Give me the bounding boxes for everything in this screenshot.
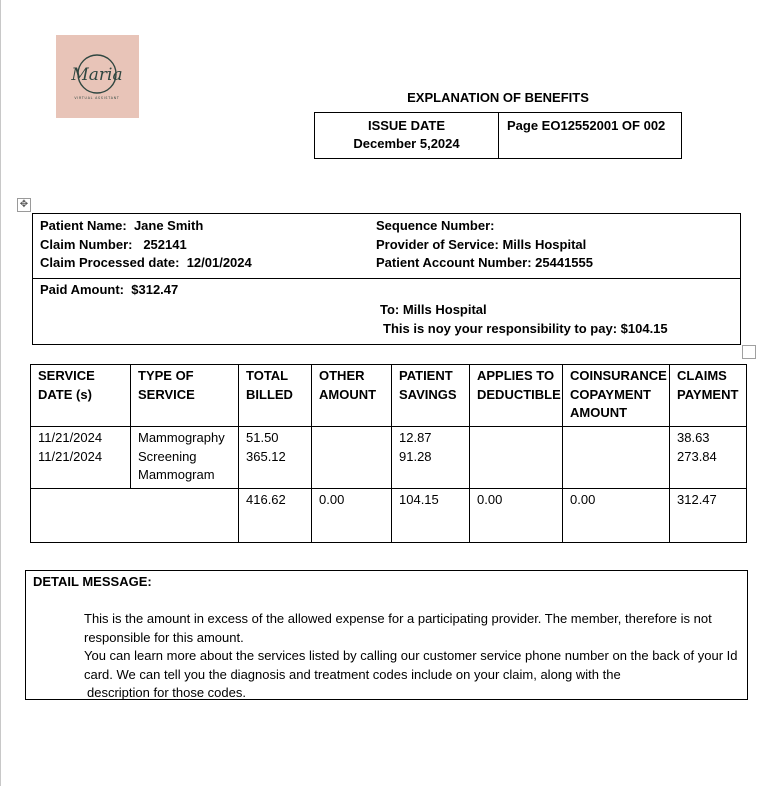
column-header: OTHERAMOUNT (312, 365, 392, 427)
table-move-handle-icon[interactable]: ✥ (17, 198, 31, 212)
detail-message-box: DETAIL MESSAGE: This is the amount in ex… (25, 570, 748, 700)
provider-name: Mills Hospital (502, 237, 586, 252)
issue-date-label: ISSUE DATE (315, 117, 498, 135)
document-title: EXPLANATION OF BENEFITS (314, 90, 682, 105)
total-applies-to-deductible: 0.00 (470, 489, 563, 543)
detail-paragraph-2-tail: description for those codes. (84, 684, 740, 703)
patient-name-line: Patient Name: Jane Smith (40, 217, 252, 236)
column-header: APPLIES TODEDUCTIBLE (470, 365, 563, 427)
claim-number-line: Claim Number: 252141 (40, 236, 252, 255)
total-claims-payment: 312.47 (670, 489, 747, 543)
column-header: CLAIMSPAYMENT (670, 365, 747, 427)
table-header-row: SERVICEDATE (s)TYPE OFSERVICETOTALBILLED… (31, 365, 747, 427)
claim-number: 252141 (143, 237, 186, 252)
company-logo: Maria VIRTUAL ASSISTANT (56, 35, 139, 118)
cell-coinsurance-copayment (563, 427, 670, 489)
sequence-number-line: Sequence Number: (376, 217, 593, 236)
responsibility-line: This is noy your responsibility to pay: … (380, 319, 668, 338)
cell-service-dates: 11/21/202411/21/2024 (31, 427, 131, 489)
patient-info-top: Patient Name: Jane Smith Claim Number: 2… (33, 214, 740, 279)
payee-block: To: Mills Hospital This is noy your resp… (380, 300, 668, 338)
cell-other-amount (312, 427, 392, 489)
paid-amount-line: Paid Amount: $312.47 (40, 282, 178, 297)
total-total-billed: 416.62 (239, 489, 312, 543)
total-coinsurance-copayment: 0.00 (563, 489, 670, 543)
detail-paragraph-1: This is the amount in excess of the allo… (84, 610, 740, 647)
maria-logo-icon: Maria VIRTUAL ASSISTANT (56, 35, 139, 118)
issue-date-cell: ISSUE DATE December 5,2024 (315, 113, 499, 158)
payee-line: To: Mills Hospital (380, 300, 668, 319)
issue-date-value: December 5,2024 (315, 135, 498, 153)
total-other-amount: 0.00 (312, 489, 392, 543)
table-row: 11/21/202411/21/2024MammographyScreening… (31, 427, 747, 489)
column-header: SERVICEDATE (s) (31, 365, 131, 427)
column-header: TOTALBILLED (239, 365, 312, 427)
column-header: COINSURANCECOPAYMENTAMOUNT (563, 365, 670, 427)
cell-patient-savings: 12.8791.28 (392, 427, 470, 489)
column-header: PATIENTSAVINGS (392, 365, 470, 427)
patient-info-box: Patient Name: Jane Smith Claim Number: 2… (32, 213, 741, 345)
column-header: TYPE OFSERVICE (131, 365, 239, 427)
claim-processed-date: 12/01/2024 (187, 255, 252, 270)
svg-text:Maria: Maria (70, 65, 122, 85)
totals-label-cell (31, 489, 239, 543)
total-patient-savings: 104.15 (392, 489, 470, 543)
cell-type-of-service: MammographyScreeningMammogram (131, 427, 239, 489)
detail-message-title: DETAIL MESSAGE: (33, 574, 152, 589)
svg-text:VIRTUAL ASSISTANT: VIRTUAL ASSISTANT (74, 96, 119, 100)
cell-applies-to-deductible (470, 427, 563, 489)
patient-info-right: Sequence Number: Provider of Service: Mi… (376, 217, 593, 273)
account-number: 25441555 (535, 255, 593, 270)
provider-line: Provider of Service: Mills Hospital (376, 236, 593, 255)
account-number-line: Patient Account Number: 25441555 (376, 254, 593, 273)
detail-message-text: This is the amount in excess of the allo… (84, 610, 740, 703)
claim-processed-line: Claim Processed date: 12/01/2024 (40, 254, 252, 273)
cell-total-billed: 51.50365.12 (239, 427, 312, 489)
paid-amount: $312.47 (131, 282, 178, 297)
table-resize-handle[interactable] (742, 345, 756, 359)
totals-row: 416.620.00104.150.000.00312.47 (31, 489, 747, 543)
patient-info-left: Patient Name: Jane Smith Claim Number: 2… (40, 217, 252, 273)
services-table: SERVICEDATE (s)TYPE OFSERVICETOTALBILLED… (30, 364, 747, 543)
page-left-edge (0, 0, 1, 786)
issue-info-box: ISSUE DATE December 5,2024 Page EO125520… (314, 112, 682, 159)
patient-name: Jane Smith (134, 218, 203, 233)
detail-paragraph-2: You can learn more about the services li… (84, 647, 740, 684)
page-number-cell: Page EO12552001 OF 002 (499, 113, 681, 158)
cell-claims-payment: 38.63273.84 (670, 427, 747, 489)
